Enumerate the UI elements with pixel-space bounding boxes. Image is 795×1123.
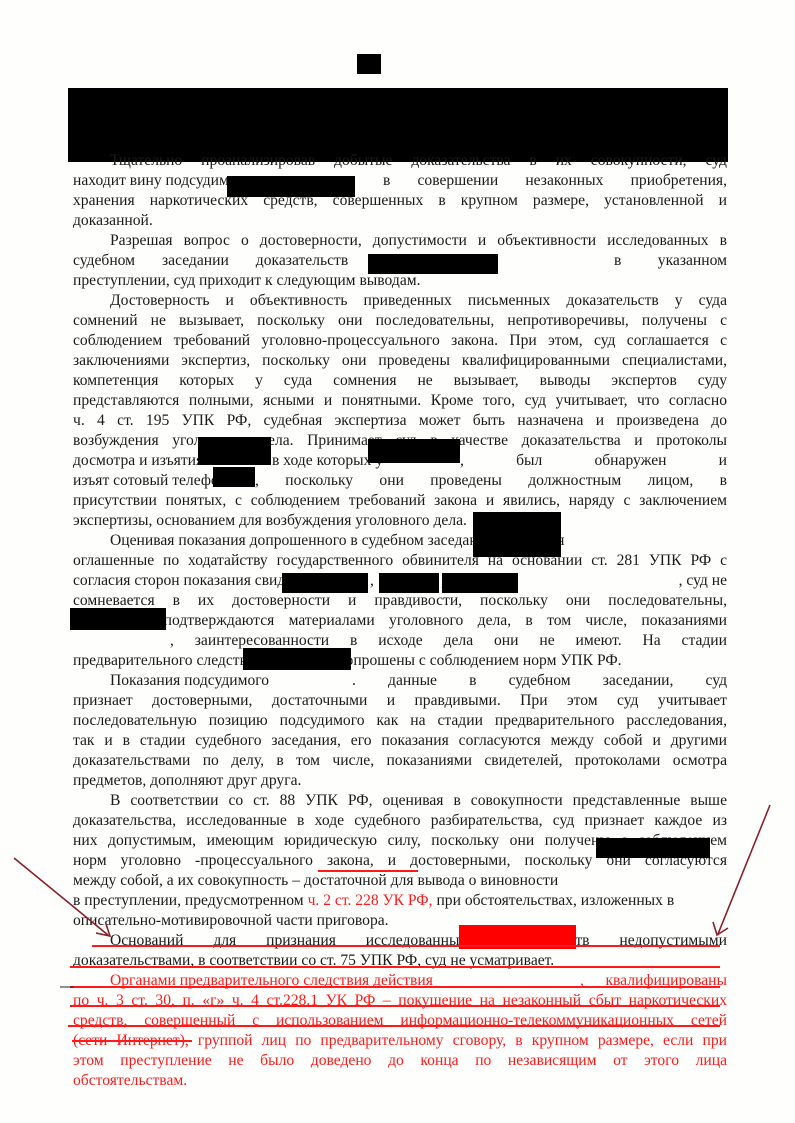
document-page: Тщательно проанализировав добытые доказа… xyxy=(0,0,795,1123)
left-arrow-icon xyxy=(14,858,108,935)
right-arrow-icon xyxy=(718,805,770,934)
annotation-arrows xyxy=(0,0,795,1123)
